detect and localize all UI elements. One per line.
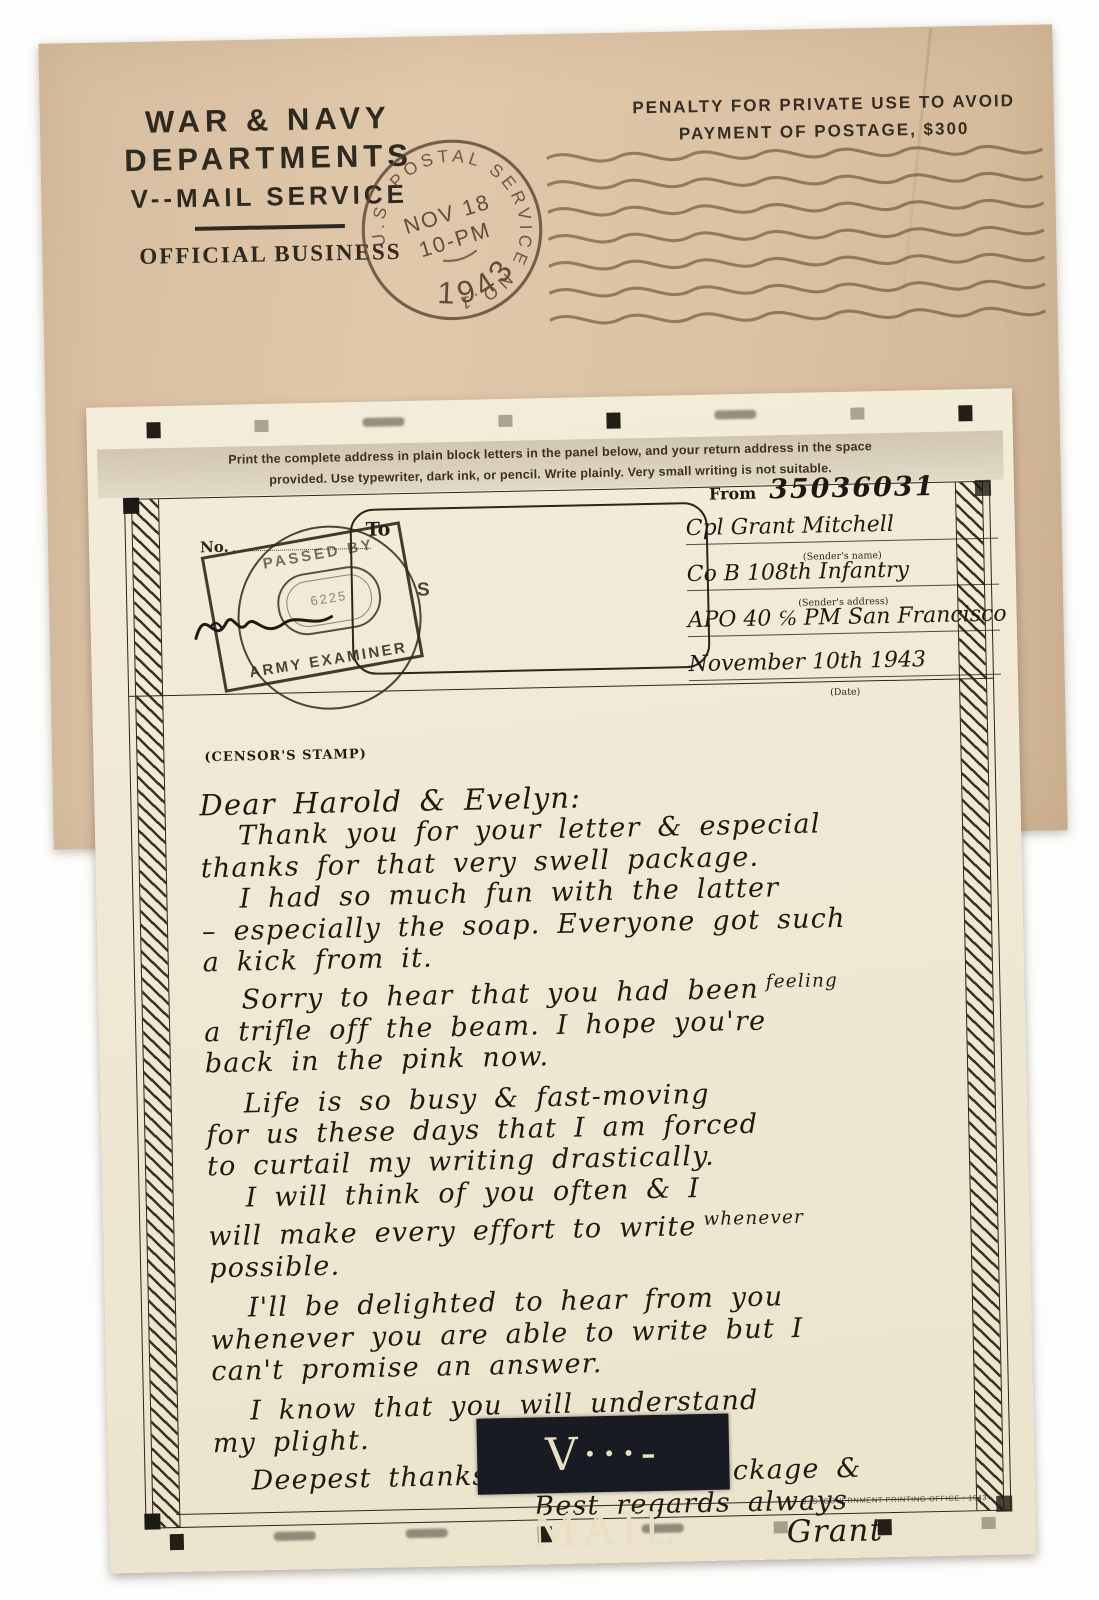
cancellation-waves-icon [546,136,1056,338]
vmail-cover-scan: WAR & NAVY DEPARTMENTS V--MAIL SERVICE O… [0,0,1099,1600]
sender-name-row: Cpl Grant Mitchell (Sender's name) [685,508,998,546]
to-label: To [365,518,390,541]
recipient-line [359,506,699,513]
sender-name: Cpl Grant Mitchell [686,512,895,541]
recipient-line [359,506,699,513]
sender-date: November 10th 1943 [688,647,926,677]
from-label: From [709,484,756,504]
recipient-address-panel: To [349,502,710,675]
censor-caption: (CENSOR'S STAMP) [204,747,367,765]
sender-unit: Co B 108th Infantry [686,558,909,588]
recipient-line [359,506,699,513]
vmail-logo: V···-MAIL [476,1413,730,1494]
recipient-line [359,506,699,513]
sender-unit-row: Co B 108th Infantry (Sender's address) [686,554,999,592]
corner-card-rule [195,224,345,231]
sender-address-row: APO 40 ℅ PM San Francisco [687,600,1000,638]
vmail-letter-photo: Print the complete address in plain bloc… [86,388,1036,1573]
recipient-lines [359,506,699,513]
censor-signature-icon [185,591,356,665]
date-label: (Date) [689,675,1002,712]
sender-date-row: November 10th 1943 (Date) [688,644,1001,682]
vmail-form-frame: No. PASSED BY 6225 S ARMY EXAMINER (CENS… [124,481,1011,1529]
sender-address: APO 40 ℅ PM San Francisco [687,601,1006,633]
sender-number-row: From 35036031 [709,471,936,507]
sender-service-number: 35036031 [769,471,936,505]
